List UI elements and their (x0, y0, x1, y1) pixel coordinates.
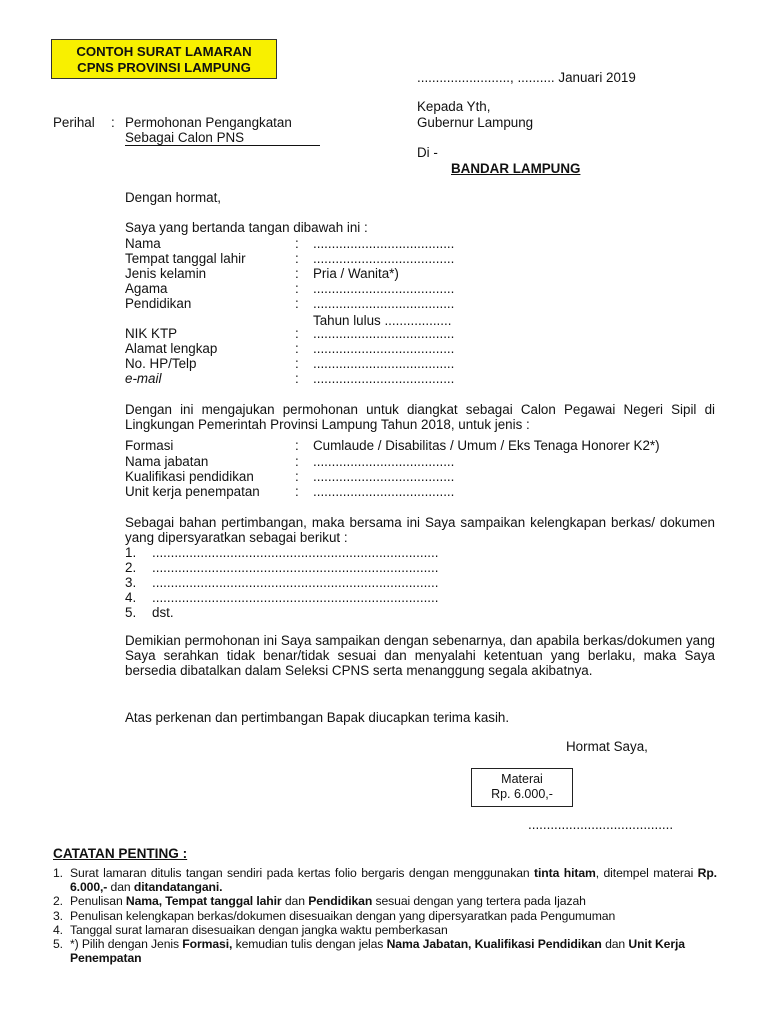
field-colon: : (295, 266, 299, 281)
stamp-line-2: Rp. 6.000,- (472, 787, 572, 802)
note-emphasis: Nama Jabatan, Kualifikasi Pendidikan (387, 937, 602, 951)
field-label: Nama (125, 236, 161, 251)
note-run: kemudian tulis dengan jelas (232, 937, 386, 951)
field-value: ...................................... (313, 326, 454, 341)
perihal-label: Perihal (53, 115, 95, 130)
note-number: 1. (53, 866, 63, 880)
note-run: Tanggal surat lamaran disesuaikan dengan… (70, 923, 448, 937)
note-item: 5.*) Pilih dengan Jenis Formasi, kemudia… (53, 937, 717, 965)
note-item: 1.Surat lamaran ditulis tangan sendiri p… (53, 866, 717, 894)
attachments-intro: Sebagai bahan pertimbangan, maka bersama… (125, 515, 715, 545)
personal-field-row: Pendidikan:.............................… (0, 296, 768, 311)
field-value: ...................................... (313, 281, 454, 296)
field-label: No. HP/Telp (125, 356, 196, 371)
note-text: Penulisan kelengkapan berkas/dokumen dis… (70, 909, 717, 923)
field-colon: : (295, 454, 299, 469)
field-value: ...................................... (313, 251, 454, 266)
document-title-box: CONTOH SURAT LAMARAN CPNS PROVINSI LAMPU… (51, 39, 277, 79)
note-emphasis: Pendidikan (308, 894, 372, 908)
field-label: NIK KTP (125, 326, 177, 341)
personal-field-row: Alamat lengkap:.........................… (0, 341, 768, 356)
note-item: 3.Penulisan kelengkapan berkas/dokumen d… (53, 909, 717, 923)
attachment-number: 5. (125, 605, 136, 620)
position-field-row: Unit kerja penempatan:..................… (0, 484, 768, 499)
stamp-line-1: Materai (472, 772, 572, 787)
field-label: Nama jabatan (125, 454, 208, 469)
note-run: Penulisan kelengkapan berkas/dokumen dis… (70, 909, 615, 923)
field-value: ...................................... (313, 236, 454, 251)
note-emphasis: tinta hitam (534, 866, 596, 880)
personal-field-row: Tempat tanggal lahir:...................… (0, 251, 768, 266)
application-paragraph: Dengan ini mengajukan permohonan untuk d… (125, 402, 715, 432)
position-field-row: Nama jabatan:...........................… (0, 454, 768, 469)
note-emphasis: Nama, Tempat tanggal lahir (126, 894, 282, 908)
recipient-greeting: Kepada Yth, (417, 99, 490, 114)
note-number: 3. (53, 909, 63, 923)
field-label: Agama (125, 281, 167, 296)
field-value: Pria / Wanita*) (313, 266, 399, 281)
note-run: Surat lamaran ditulis tangan sendiri pad… (70, 866, 534, 880)
note-run: dan (107, 880, 134, 894)
field-colon: : (295, 469, 299, 484)
notes-title: CATATAN PENTING : (53, 846, 187, 861)
intro-text: Saya yang bertanda tangan dibawah ini : (125, 220, 368, 235)
note-run: sesuai dengan yang tertera pada Ijazah (372, 894, 586, 908)
personal-field-row: Nama:...................................… (0, 236, 768, 251)
attachment-text: dst. (152, 605, 174, 620)
personal-field-row: NIK KTP:................................… (0, 326, 768, 341)
personal-field-row: Jenis kelamin:Pria / Wanita*) (0, 266, 768, 281)
field-label: e-mail (125, 371, 161, 386)
attachment-number: 4. (125, 590, 136, 605)
field-label: Kualifikasi pendidikan (125, 469, 254, 484)
field-label: Jenis kelamin (125, 266, 206, 281)
personal-field-row: Agama:..................................… (0, 281, 768, 296)
attachment-text: ........................................… (152, 545, 438, 560)
field-colon: : (295, 296, 299, 311)
field-colon: : (295, 281, 299, 296)
perihal-underline (125, 145, 320, 146)
field-value: ...................................... (313, 356, 454, 371)
salutation: Dengan hormat, (125, 190, 221, 205)
attachment-item: 5.dst. (0, 605, 768, 620)
notes-list: 1.Surat lamaran ditulis tangan sendiri p… (53, 866, 717, 965)
position-field-row: Kualifikasi pendidikan:.................… (0, 469, 768, 484)
field-value: ...................................... (313, 484, 454, 499)
note-emphasis: ditandatangani. (134, 880, 223, 894)
attachment-number: 1. (125, 545, 136, 560)
recipient-name: Gubernur Lampung (417, 115, 533, 130)
field-value: Cumlaude / Disabilitas / Umum / Eks Tena… (313, 438, 660, 453)
field-colon: : (295, 438, 299, 453)
stamp-box: Materai Rp. 6.000,- (471, 768, 573, 807)
attachment-number: 3. (125, 575, 136, 590)
thanks-text: Atas perkenan dan pertimbangan Bapak diu… (125, 710, 509, 725)
recipient-di: Di - (417, 145, 438, 160)
field-value: ...................................... (313, 469, 454, 484)
field-value: ...................................... (313, 371, 454, 386)
note-text: Penulisan Nama, Tempat tanggal lahir dan… (70, 894, 717, 908)
signature-name-line: ....................................... (528, 817, 673, 832)
perihal-line-2: Sebagai Calon PNS (125, 130, 244, 145)
note-run: dan (282, 894, 309, 908)
field-colon: : (295, 236, 299, 251)
field-colon: : (295, 356, 299, 371)
attachment-number: 2. (125, 560, 136, 575)
note-number: 4. (53, 923, 63, 937)
attachment-text: ........................................… (152, 560, 438, 575)
field-colon: : (295, 251, 299, 266)
note-number: 2. (53, 894, 63, 908)
note-run: *) Pilih dengan Jenis (70, 937, 182, 951)
note-text: *) Pilih dengan Jenis Formasi, kemudian … (70, 937, 717, 965)
note-number: 5. (53, 937, 63, 951)
field-colon: : (295, 484, 299, 499)
field-value: ...................................... (313, 341, 454, 356)
attachment-text: ........................................… (152, 575, 438, 590)
attachment-item: 3.......................................… (0, 575, 768, 590)
signature-closing: Hormat Saya, (566, 739, 648, 754)
attachment-item: 1.......................................… (0, 545, 768, 560)
note-item: 4.Tanggal surat lamaran disesuaikan deng… (53, 923, 717, 937)
note-text: Surat lamaran ditulis tangan sendiri pad… (70, 866, 717, 894)
field-value: ...................................... (313, 296, 454, 311)
field-colon: : (295, 371, 299, 386)
field-colon: : (295, 326, 299, 341)
personal-field-row: No. HP/Telp:............................… (0, 356, 768, 371)
note-text: Tanggal surat lamaran disesuaikan dengan… (70, 923, 717, 937)
field-value: ...................................... (313, 454, 454, 469)
position-field-row: Formasi:Cumlaude / Disabilitas / Umum / … (0, 438, 768, 453)
field-label: Pendidikan (125, 296, 191, 311)
title-line-1: CONTOH SURAT LAMARAN (52, 44, 276, 60)
note-run: dan (602, 937, 629, 951)
personal-field-row: e-mail:.................................… (0, 371, 768, 386)
field-colon: : (295, 341, 299, 356)
note-run: , ditempel materai (596, 866, 698, 880)
perihal-line-1: Permohonan Pengangkatan (125, 115, 292, 130)
recipient-city: BANDAR LAMPUNG (451, 161, 580, 176)
note-item: 2.Penulisan Nama, Tempat tanggal lahir d… (53, 894, 717, 908)
field-label: Alamat lengkap (125, 341, 217, 356)
attachment-item: 2.......................................… (0, 560, 768, 575)
date-line: ........................., .......... Ja… (417, 70, 636, 85)
note-emphasis: Formasi, (182, 937, 232, 951)
attachment-item: 4.......................................… (0, 590, 768, 605)
note-run: Penulisan (70, 894, 126, 908)
field-label: Formasi (125, 438, 173, 453)
closing-paragraph: Demikian permohonan ini Saya sampaikan d… (125, 633, 715, 679)
field-label: Tempat tanggal lahir (125, 251, 246, 266)
attachment-text: ........................................… (152, 590, 438, 605)
field-label: Unit kerja penempatan (125, 484, 260, 499)
title-line-2: CPNS PROVINSI LAMPUNG (52, 60, 276, 76)
perihal-colon: : (111, 115, 115, 130)
